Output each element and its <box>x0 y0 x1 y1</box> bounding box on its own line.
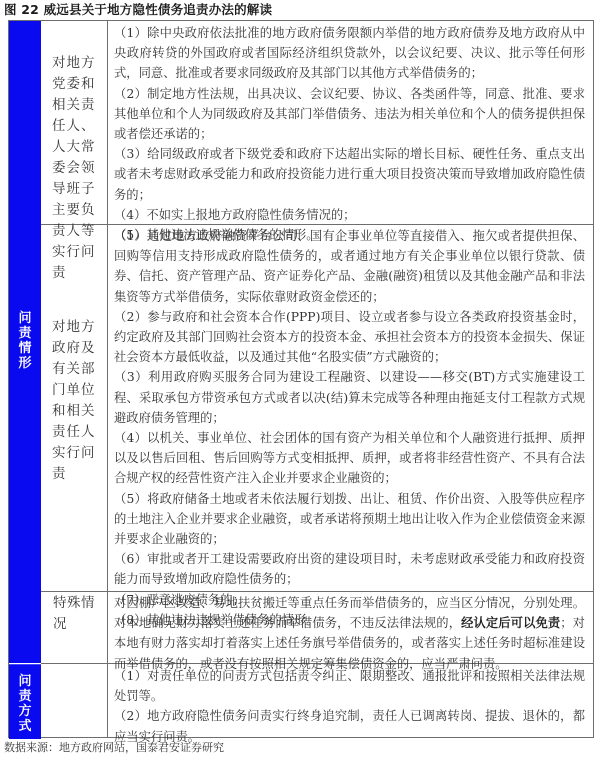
item: （4）不如实上报地方政府隐性债务情况的； <box>114 205 585 225</box>
subject-cell-party-committee: 对地方党委和相关责任人、人大常委会领导班子主要负责人等实行问责 <box>41 53 108 213</box>
item: （2）制定地方性法规，出具决议、会议纪要、协议、各类函件等，同意、批准、要求其他… <box>114 84 585 145</box>
category-char: 责 <box>18 689 31 704</box>
item: （1）除中央政府依法批准的地方政府债务限额内举借的地方政府债券及地方政府从中央政… <box>114 23 585 84</box>
item: （4）以机关、事业单位、社会团体的国有资产为相关单位和个人融资进行抵押、质押以及… <box>114 428 585 489</box>
subject-text: 对地方党委和相关责任人、人大常委会领导班子主要负责人等实行问责 <box>52 55 96 281</box>
category-char: 情 <box>18 341 31 356</box>
special-case-paragraph: 对因棚户区改造、易地扶贫搬迁等重点任务而举借债务的，应当区分情况，分别处理。对本… <box>114 593 585 674</box>
item: （2）参与政府和社会资本合作(PPP)项目、设立或者参与设立各类政府投资基金时，… <box>114 307 585 368</box>
subject-cell-special-case: 特殊情况 <box>41 593 108 615</box>
content-cell-accountability-methods: （1）对责任单位的问责方式包括责令纠正、限期整改、通报批评和按照相关法律法规处罚… <box>108 666 593 747</box>
category-char: 责 <box>18 326 31 341</box>
category-char: 式 <box>18 719 31 734</box>
subject-text: 特殊情况 <box>53 595 95 632</box>
item: （6）审批或者开工建设需要政府出资的建设项目时，未考虑财政承受能力和政府投资能力… <box>114 549 585 589</box>
subject-cell-government-departments: 对地方政府及有关部门单位和相关责任人实行问责 <box>41 317 108 437</box>
item: （1）通过地方政府融资平台公司、国有企事业单位等直接借入、拖欠或者提供担保、回购… <box>114 226 585 307</box>
category-char: 问 <box>18 311 31 326</box>
category-char: 形 <box>18 356 31 371</box>
content-cell-special-case: 对因棚户区改造、易地扶贫搬迁等重点任务而举借债务的，应当区分情况，分别处理。对本… <box>108 593 593 674</box>
item: （5）将政府储备土地或者未依法履行划拨、出让、租赁、作价出资、入股等供应程序的土… <box>114 489 585 550</box>
content-cell-government-departments: （1）通过地方政府融资平台公司、国有企事业单位等直接借入、拖欠或者提供担保、回购… <box>108 226 593 630</box>
category-cell-accountability-situations: 问 责 情 形 <box>9 21 41 663</box>
item: （3）利用政府购买服务合同为建设工程融资、以建设——移交(BT)方式实施建设工程… <box>114 367 585 428</box>
figure-title: 图 22 威远县关于地方隐性债务追责办法的解读 <box>4 1 272 19</box>
exemption-highlight: 经认定后可以免责 <box>461 615 560 630</box>
content-cell-party-committee: （1）除中央政府依法批准的地方政府债务限额内举借的地方政府债券及地方政府从中央政… <box>108 23 593 245</box>
accountability-table: 问 责 情 形 问 责 方 式 对地方党委和相关责任人、人大常委会领导班子主要负… <box>8 20 594 738</box>
category-char: 方 <box>18 704 31 719</box>
category-char: 问 <box>18 674 31 689</box>
item: （3）给同级政府或者下级党委和政府下达超出实际的增长目标、硬性任务、重点支出或者… <box>114 144 585 205</box>
data-source-note: 数据来源：地方政府网站，国泰君安证券研究 <box>4 741 224 755</box>
item: （1）对责任单位的问责方式包括责令纠正、限期整改、通报批评和按照相关法律法规处罚… <box>114 666 585 706</box>
category-cell-accountability-methods: 问 责 方 式 <box>9 664 41 739</box>
subject-text: 对地方政府及有关部门单位和相关责任人实行问责 <box>52 319 96 482</box>
